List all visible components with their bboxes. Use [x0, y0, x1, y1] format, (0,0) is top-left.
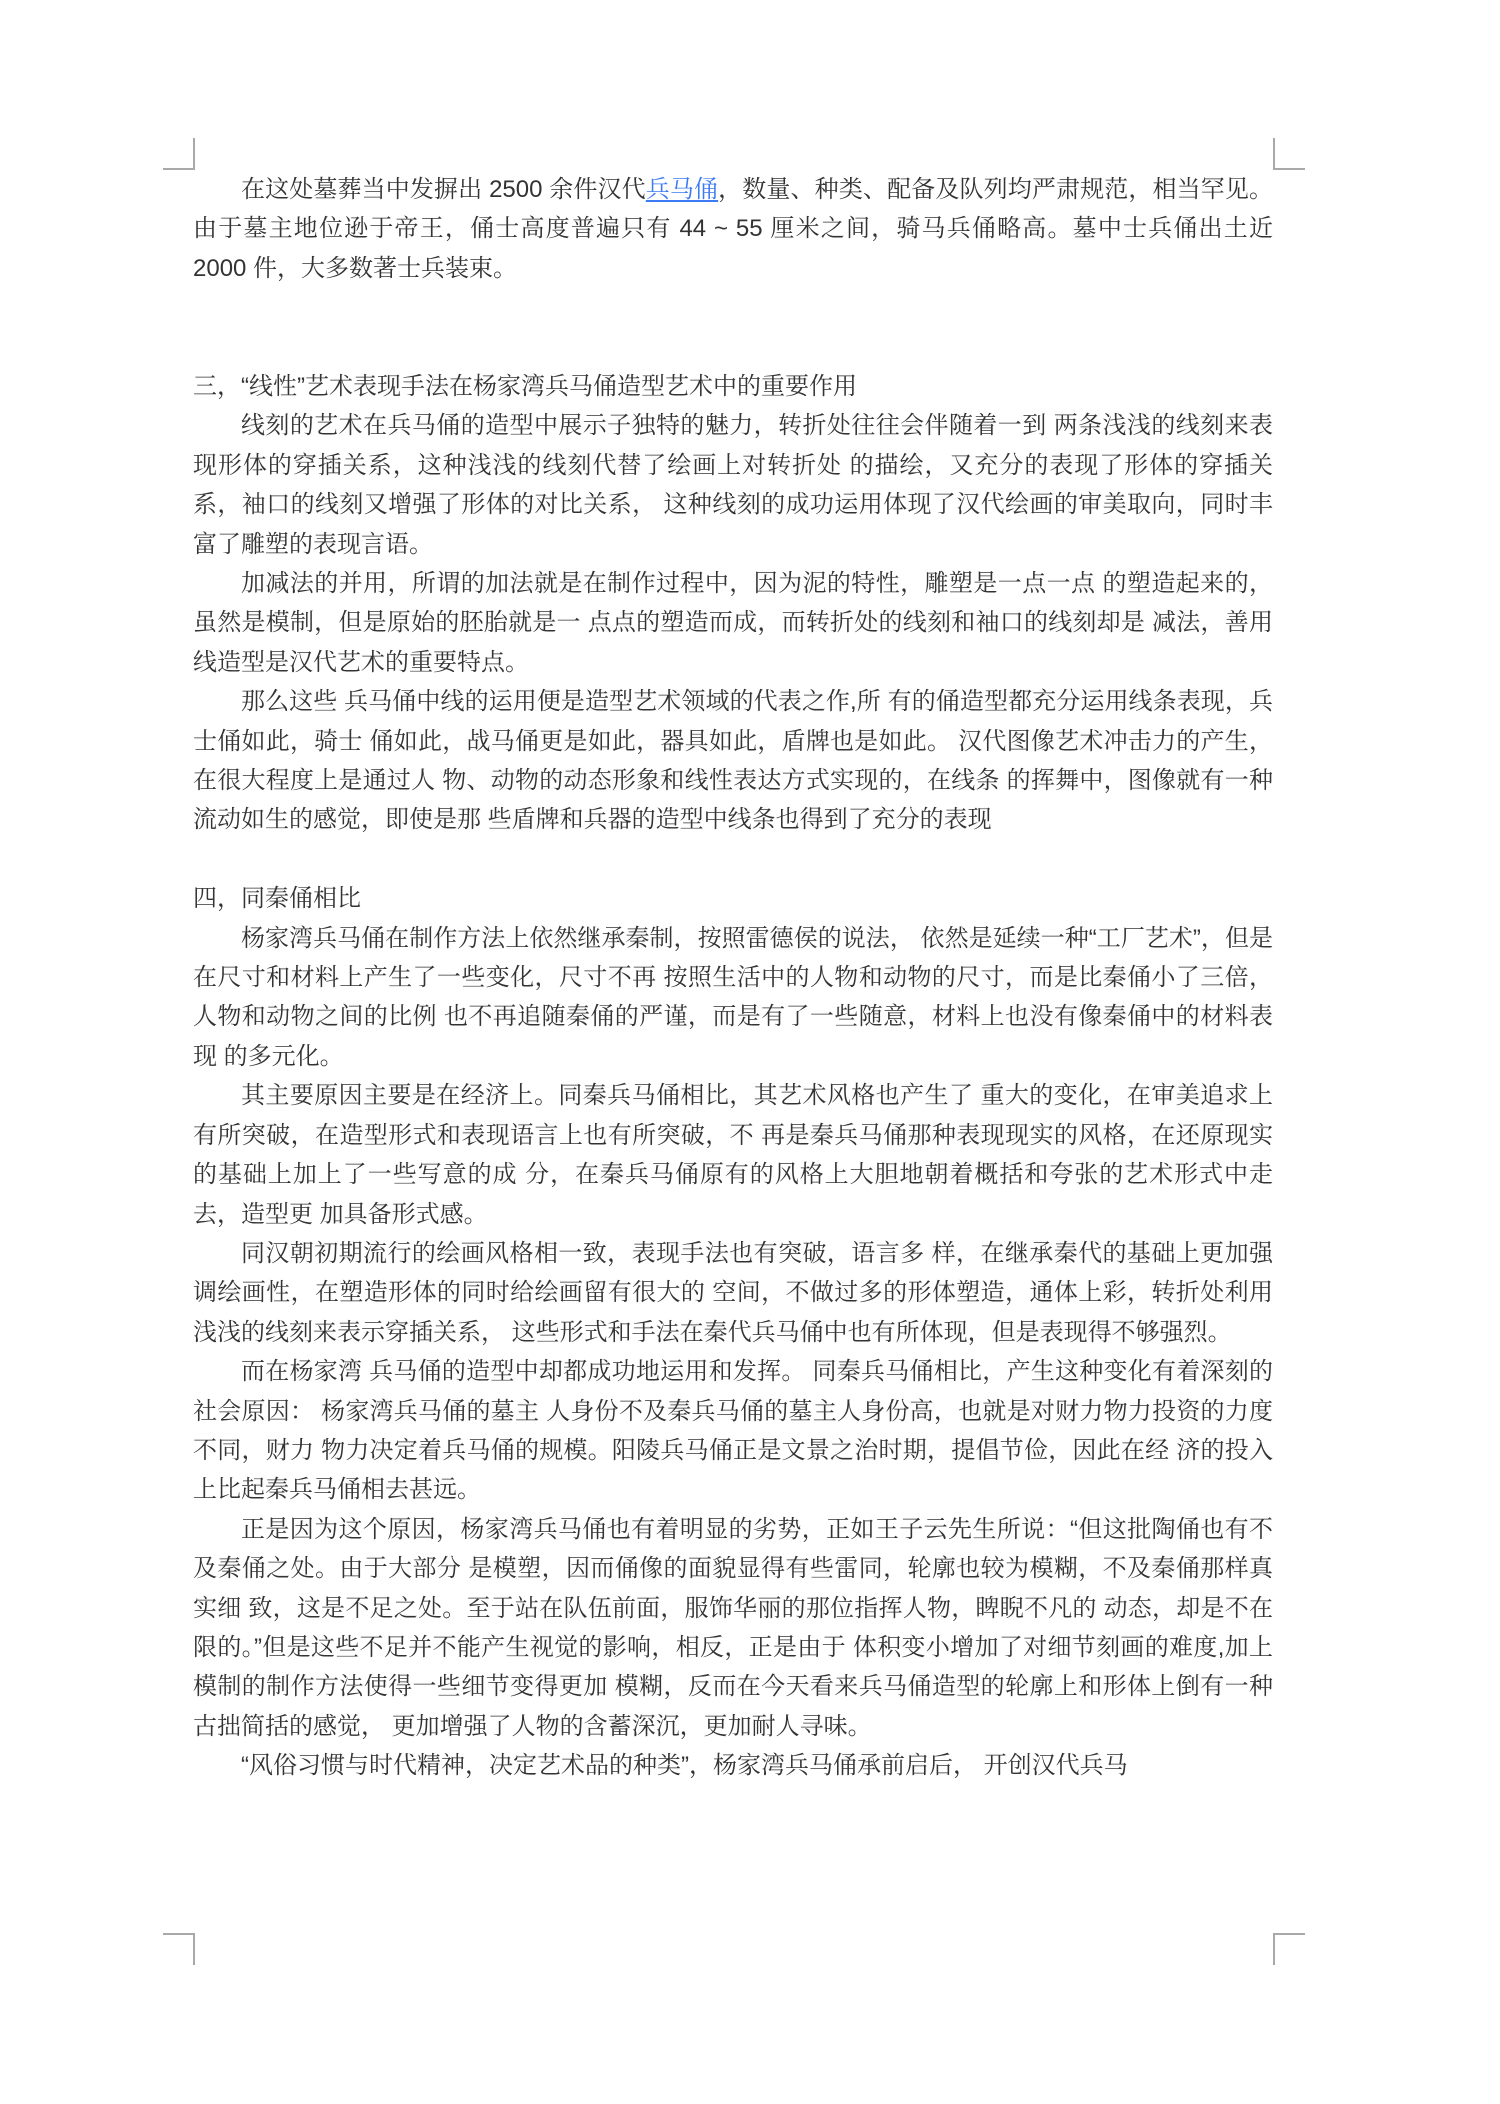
- text-run: 其主要原因主要是在经济上。同秦兵马俑相比，其艺术风格也产生了 重大的变化，在审美…: [193, 1082, 1273, 1227]
- bingmayong-hyperlink[interactable]: 兵马俑: [646, 176, 718, 203]
- text-run: “风俗习惯与时代精神，决定艺术品的种类”，杨家湾兵马俑承前启后， 开创汉代兵马: [241, 1752, 1128, 1779]
- document-body: 在这处墓葬当中发摒出 2500 余件汉代兵马俑，数量、种类、配备及队列均严肃规范…: [193, 170, 1273, 1786]
- paragraph: 那么这些 兵马俑中线的运用便是造型艺术领域的代表之作,所 有的俑造型都充分运用线…: [193, 682, 1273, 840]
- text-run: 正是因为这个原因，杨家湾兵马俑也有着明显的劣势，正如王子云先生所说：“但这批陶俑…: [193, 1516, 1273, 1740]
- text-run: 杨家湾兵马俑在制作方法上依然继承秦制，按照雷德侯的说法， 依然是延续一种“工厂艺…: [193, 925, 1273, 1070]
- text-run: 三，“线性”艺术表现手法在杨家湾兵马俑造型艺术中的重要作用: [193, 373, 857, 400]
- text-run: 同汉朝初期流行的绘画风格相一致，表现手法也有突破，语言多 样，在继承秦代的基础上…: [193, 1240, 1273, 1346]
- crop-mark-top-left: [163, 138, 195, 170]
- section-heading: 三，“线性”艺术表现手法在杨家湾兵马俑造型艺术中的重要作用: [193, 367, 1273, 406]
- text-run: 四，同秦俑相比: [193, 885, 361, 912]
- paragraph: 在这处墓葬当中发摒出 2500 余件汉代兵马俑，数量、种类、配备及队列均严肃规范…: [193, 170, 1273, 288]
- text-run: 线刻的艺术在兵马俑的造型中展示子独特的魅力，转折处往往会伴随着一到 两条浅浅的线…: [193, 412, 1273, 557]
- text-run: 加减法的并用，所谓的加法就是在制作过程中，因为泥的特性，雕塑是一点一点 的塑造起…: [193, 570, 1273, 676]
- blank-line: [193, 328, 1273, 367]
- paragraph: 加减法的并用，所谓的加法就是在制作过程中，因为泥的特性，雕塑是一点一点 的塑造起…: [193, 564, 1273, 682]
- paragraph: 其主要原因主要是在经济上。同秦兵马俑相比，其艺术风格也产生了 重大的变化，在审美…: [193, 1076, 1273, 1234]
- crop-mark-bottom-left: [163, 1933, 195, 1965]
- text-run: 在这处墓葬当中发摒出 2500 余件汉代: [241, 176, 646, 203]
- crop-mark-top-right: [1273, 138, 1305, 170]
- text-run: 而在杨家湾 兵马俑的造型中却都成功地运用和发挥。 同秦兵马俑相比，产生这种变化有…: [193, 1358, 1273, 1503]
- text-run: 那么这些 兵马俑中线的运用便是造型艺术领域的代表之作,所 有的俑造型都充分运用线…: [193, 688, 1273, 833]
- paragraph: 同汉朝初期流行的绘画风格相一致，表现手法也有突破，语言多 样，在继承秦代的基础上…: [193, 1234, 1273, 1352]
- blank-line: [193, 288, 1273, 327]
- paragraph: 线刻的艺术在兵马俑的造型中展示子独特的魅力，转折处往往会伴随着一到 两条浅浅的线…: [193, 406, 1273, 564]
- paragraph: 正是因为这个原因，杨家湾兵马俑也有着明显的劣势，正如王子云先生所说：“但这批陶俑…: [193, 1510, 1273, 1746]
- paragraph: 而在杨家湾 兵马俑的造型中却都成功地运用和发挥。 同秦兵马俑相比，产生这种变化有…: [193, 1352, 1273, 1510]
- paragraph: “风俗习惯与时代精神，决定艺术品的种类”，杨家湾兵马俑承前启后， 开创汉代兵马: [193, 1746, 1273, 1785]
- paragraph: 杨家湾兵马俑在制作方法上依然继承秦制，按照雷德侯的说法， 依然是延续一种“工厂艺…: [193, 919, 1273, 1077]
- section-heading: 四，同秦俑相比: [193, 879, 1273, 918]
- blank-line: [193, 840, 1273, 879]
- document-page: 在这处墓葬当中发摒出 2500 余件汉代兵马俑，数量、种类、配备及队列均严肃规范…: [0, 0, 1500, 2104]
- crop-mark-bottom-right: [1273, 1933, 1305, 1965]
